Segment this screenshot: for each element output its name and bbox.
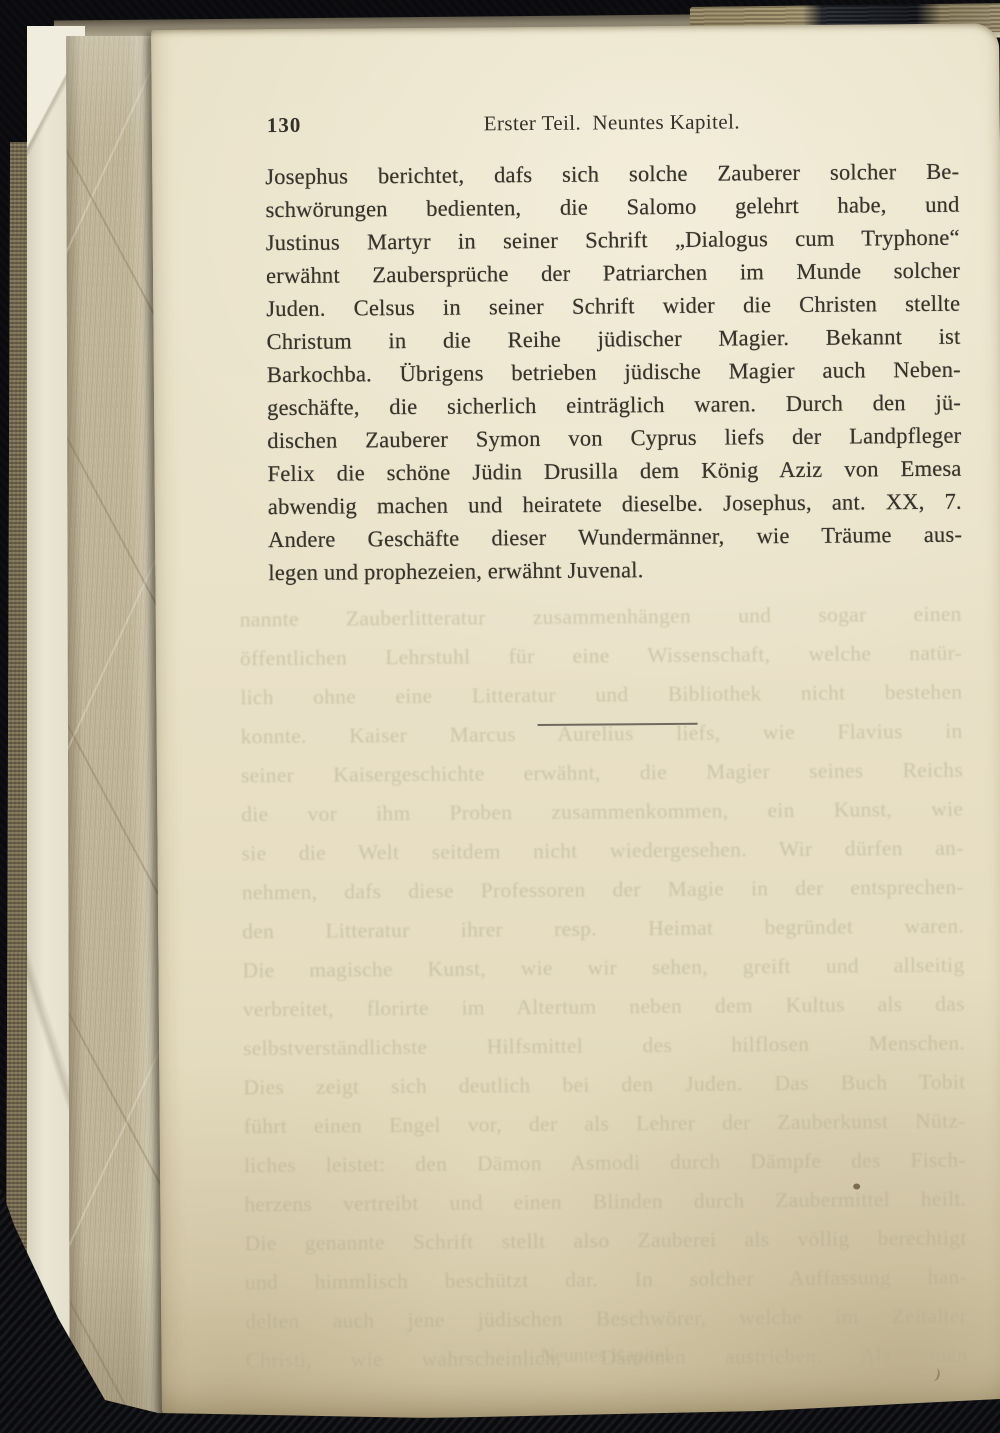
ghost-line: nehmen, dafs diese Professoren der Magie…: [242, 868, 964, 913]
page-header: 130 Erster Teil. Neuntes Kapitel.: [265, 108, 959, 139]
body-line: Felix die schöne Jüdin Drusilla dem Köni…: [267, 452, 961, 490]
ghost-line: verbreitet, florirte im Altertum neben d…: [243, 985, 965, 1030]
ghost-line: führt einen Engel vor, der als Lehrer de…: [244, 1102, 966, 1147]
ghost-line: Die genannte Schrift stellt also Zaubere…: [244, 1219, 966, 1264]
ghost-line: konnte. Kaiser Marcus Aurelius liefs, wi…: [241, 712, 963, 757]
body-text: Josephus berichtet, dafs sich solche Zau…: [265, 155, 962, 589]
ghost-line: den Litteratur ihrer resp. Heimat begrün…: [242, 907, 964, 952]
ghost-line: lich ohne eine Litteratur und Bibliothek…: [240, 673, 962, 718]
body-line: legen und prophezeien, erwähnt Juvenal.: [268, 551, 962, 589]
ghost-text-block: nannte Zauberlitteratur zusammenhängen u…: [240, 595, 968, 1381]
body-line: Christum in die Reihe jüdischer Magier. …: [266, 320, 960, 358]
body-line: Justinus Martyr in seiner Schrift „Dialo…: [266, 221, 960, 259]
body-line: Josephus berichtet, dafs sich solche Zau…: [265, 155, 959, 193]
page-number: 130: [267, 113, 302, 138]
book-page: 130 Erster Teil. Neuntes Kapitel. Joseph…: [151, 23, 1000, 1420]
body-line: Andere Geschäfte dieser Wundermänner, wi…: [268, 518, 962, 556]
body-line: Barkochba. Übrigens betrieben jüdische M…: [267, 353, 961, 391]
body-line: Juden. Celsus in seiner Schrift wider di…: [266, 287, 960, 325]
ghost-line: sie die Welt seitdem nicht wiedergesehen…: [241, 829, 963, 874]
body-line: erwähnt Zaubersprüche der Patriarchen im…: [266, 254, 960, 292]
ghost-signature: Neuntes Kapitel.: [497, 1344, 717, 1369]
ghost-line: Die magische Kunst, wie wir sehen, greif…: [242, 946, 964, 991]
ghost-line: nannte Zauberlitteratur zusammenhängen u…: [240, 595, 962, 640]
ghost-line: und himmlisch beschützt dar. In solcher …: [245, 1258, 967, 1303]
ghost-line: öffentlichen Lehrstuhl für eine Wissensc…: [240, 634, 962, 679]
ghost-line: Dies zeigt sich deutlich bei den Juden. …: [243, 1063, 965, 1108]
body-line: geschäfte, die sicherlich einträglich wa…: [267, 386, 961, 424]
ghost-line: selbstverständlichste Hilfsmittel des hi…: [243, 1024, 965, 1069]
body-line: schwörungen bedienten, die Salomo gelehr…: [265, 188, 959, 226]
ghost-line: die vor ihm Proben zusammenkommen, ein K…: [241, 790, 963, 835]
body-line: abwendig machen und heiratete dieselbe. …: [268, 485, 962, 523]
ghost-line: delten auch jene jüdischen Beschwörer, w…: [245, 1297, 967, 1342]
ink-speck: [853, 1183, 860, 1189]
ghost-line: seiner Kaisergeschichte erwähnt, die Mag…: [241, 751, 963, 796]
book-scan-photo: 130 Erster Teil. Neuntes Kapitel. Joseph…: [0, 0, 1000, 1433]
body-line: dischen Zauberer Symon von Cyprus liefs …: [267, 419, 961, 457]
running-title: Erster Teil. Neuntes Kapitel.: [265, 108, 959, 138]
ghost-line: liches leistet: den Dämon Asmodi durch D…: [244, 1141, 966, 1186]
